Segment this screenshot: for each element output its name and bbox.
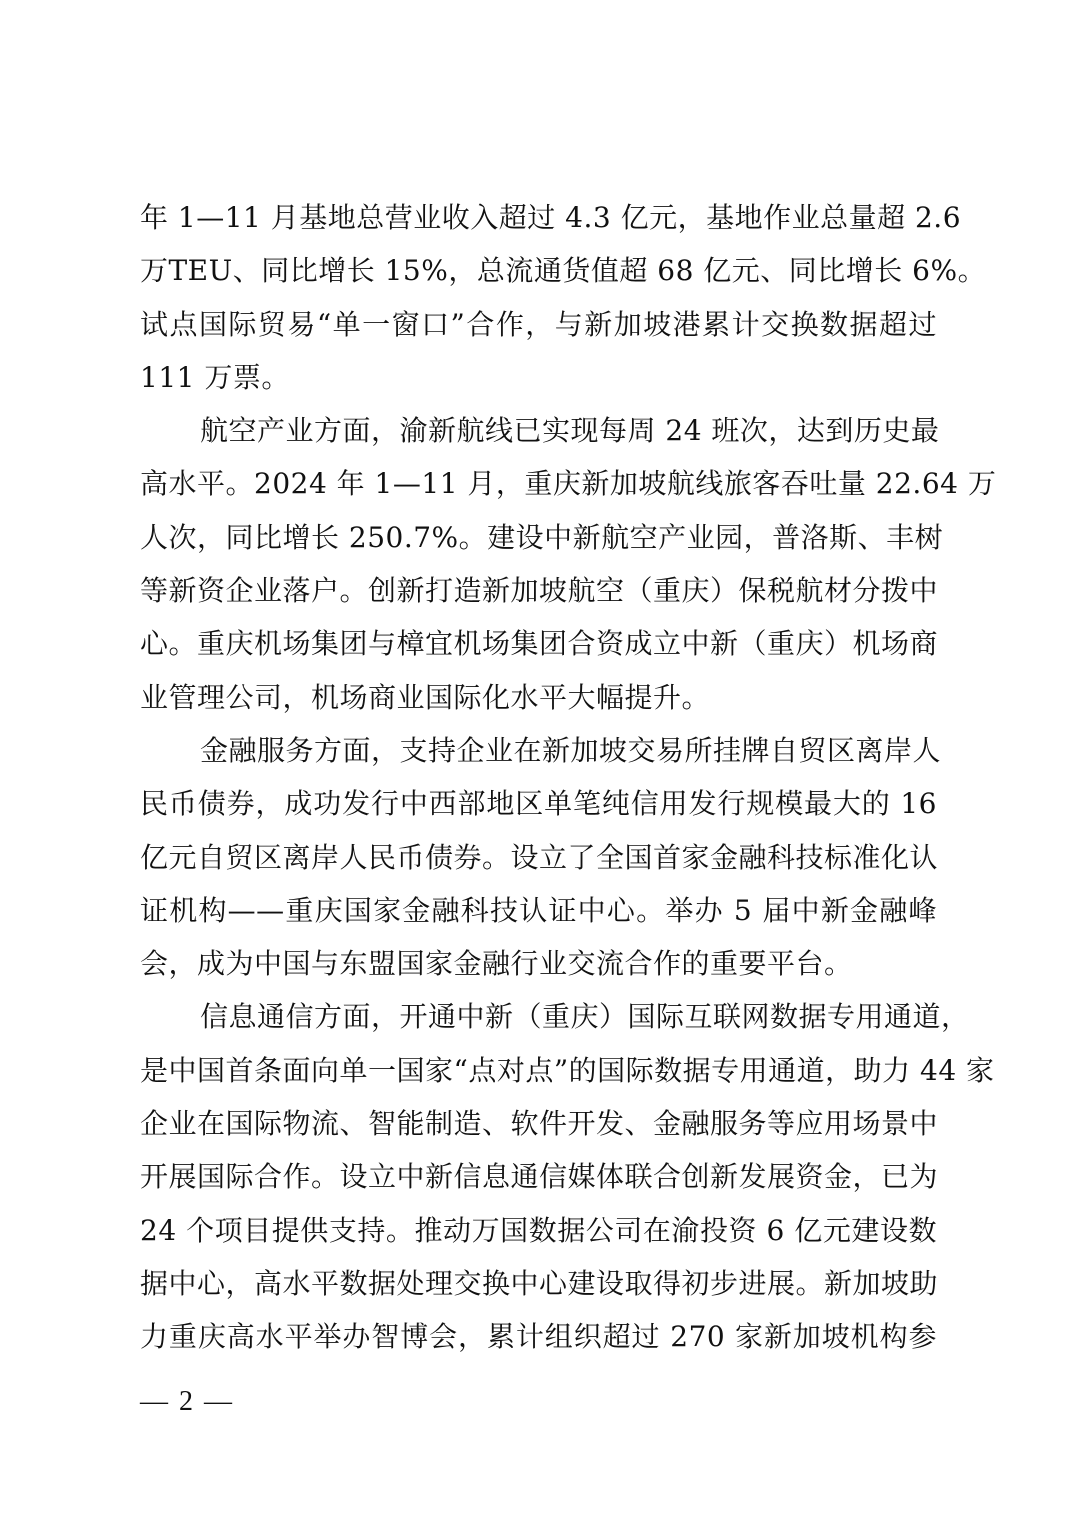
text-line: 人次，同比增长 250.7%。建设中新航空产业园，普洛斯、丰树 — [140, 516, 937, 569]
text-line: 24 个项目提供支持。推动万国数据公司在渝投资 6 亿元建设数 — [140, 1209, 937, 1262]
paragraph-aviation: 航空产业方面，渝新航线已实现每周 24 班次，达到历史最 高水平。2024 年 … — [140, 409, 937, 729]
text-line: 企业在国际物流、智能制造、软件开发、金融服务等应用场景中 — [140, 1102, 937, 1155]
paragraph-port-logistics: 年 1—11 月基地总营业收入超过 4.3 亿元，基地作业总量超 2.6 万TE… — [140, 196, 937, 409]
text-line: 高水平。2024 年 1—11 月，重庆新加坡航线旅客吞吐量 22.64 万 — [140, 462, 937, 515]
paragraph-financial-services: 金融服务方面，支持企业在新加坡交易所挂牌自贸区离岸人 民币债券，成功发行中西部地… — [140, 729, 937, 995]
text-line: 信息通信方面，开通中新（重庆）国际互联网数据专用通道， — [140, 995, 937, 1048]
paragraph-information-communication: 信息通信方面，开通中新（重庆）国际互联网数据专用通道， 是中国首条面向单一国家“… — [140, 995, 937, 1368]
text-line: 据中心，高水平数据处理交换中心建设取得初步进展。新加坡助 — [140, 1262, 937, 1315]
text-line: 民币债券，成功发行中西部地区单笔纯信用发行规模最大的 16 — [140, 782, 937, 835]
text-line: 会，成为中国与东盟国家金融行业交流合作的重要平台。 — [140, 942, 937, 995]
text-line: 111 万票。 — [140, 356, 937, 409]
text-line: 航空产业方面，渝新航线已实现每周 24 班次，达到历史最 — [140, 409, 937, 462]
text-line: 金融服务方面，支持企业在新加坡交易所挂牌自贸区离岸人 — [140, 729, 937, 782]
body-text: 年 1—11 月基地总营业收入超过 4.3 亿元，基地作业总量超 2.6 万TE… — [140, 196, 937, 1369]
text-line: 是中国首条面向单一国家“点对点”的国际数据专用通道，助力 44 家 — [140, 1049, 937, 1102]
text-line: 试点国际贸易“单一窗口”合作，与新加坡港累计交换数据超过 — [140, 303, 937, 356]
text-line: 年 1—11 月基地总营业收入超过 4.3 亿元，基地作业总量超 2.6 — [140, 196, 937, 249]
text-line: 开展国际合作。设立中新信息通信媒体联合创新发展资金，已为 — [140, 1155, 937, 1208]
text-line: 业管理公司，机场商业国际化水平大幅提升。 — [140, 676, 937, 729]
text-line: 等新资企业落户。创新打造新加坡航空（重庆）保税航材分拨中 — [140, 569, 937, 622]
text-line: 亿元自贸区离岸人民币债券。设立了全国首家金融科技标准化认 — [140, 836, 937, 889]
text-line: 万TEU、同比增长 15%，总流通货值超 68 亿元、同比增长 6%。 — [140, 249, 937, 302]
text-line: 力重庆高水平举办智博会，累计组织超过 270 家新加坡机构参 — [140, 1315, 937, 1368]
page-number: — 2 — — [140, 1384, 234, 1420]
document-page: 年 1—11 月基地总营业收入超过 4.3 亿元，基地作业总量超 2.6 万TE… — [0, 0, 1074, 1520]
text-line: 心。重庆机场集团与樟宜机场集团合资成立中新（重庆）机场商 — [140, 622, 937, 675]
text-line: 证机构——重庆国家金融科技认证中心。举办 5 届中新金融峰 — [140, 889, 937, 942]
